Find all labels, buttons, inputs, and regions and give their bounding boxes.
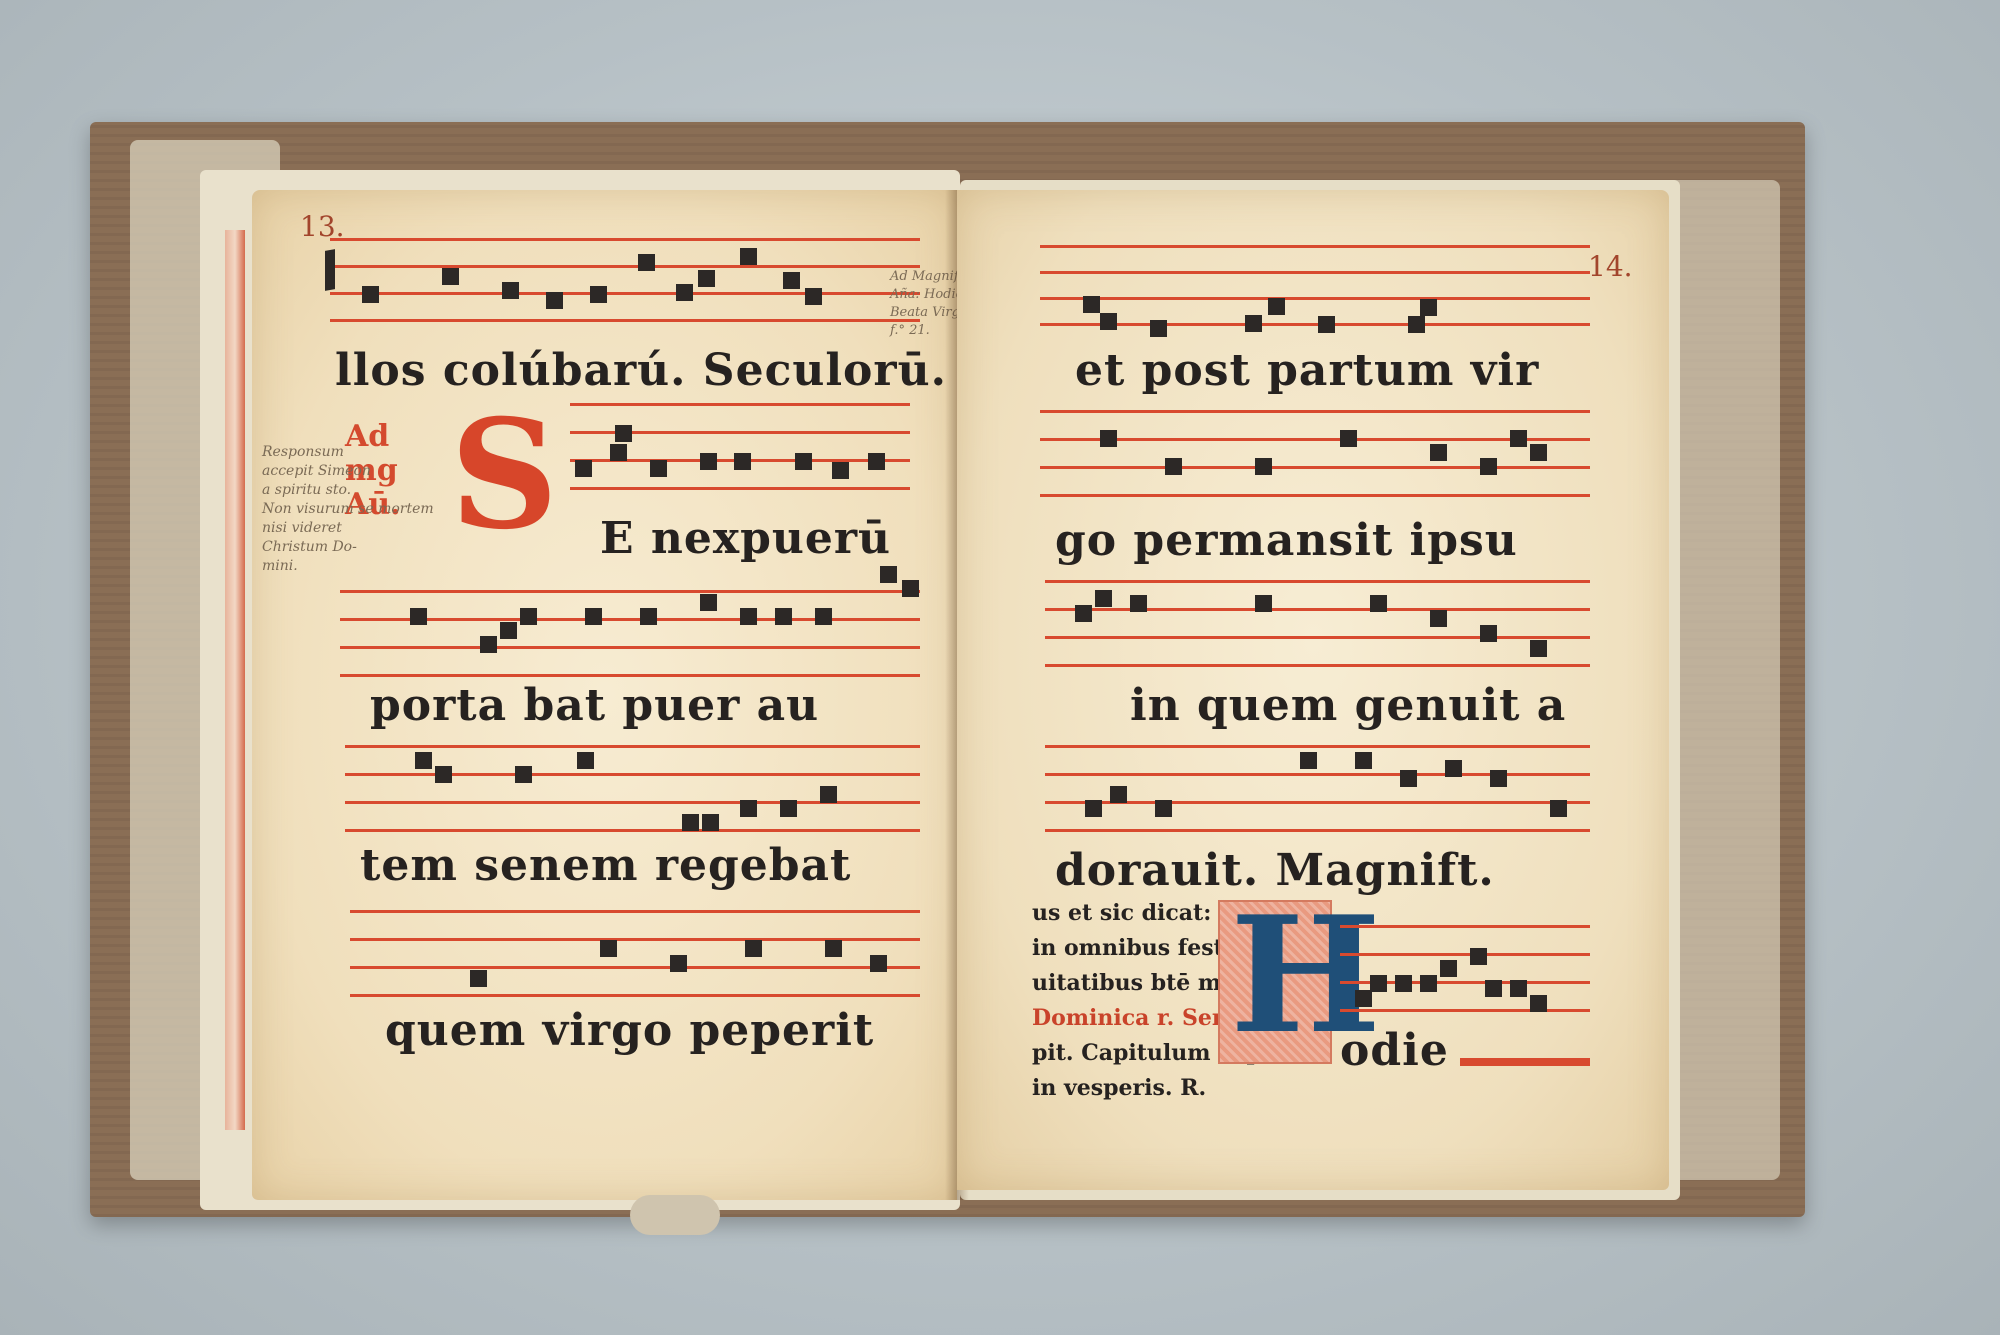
neume-note — [1075, 605, 1092, 622]
neume-note — [868, 453, 885, 470]
neume-note — [610, 444, 627, 461]
neume-note — [682, 814, 699, 831]
lyric-line-1-right: et post partum vir — [1075, 345, 1539, 396]
neume-note — [1430, 444, 1447, 461]
neume-note — [435, 766, 452, 783]
neume-note — [702, 814, 719, 831]
neume-note — [515, 766, 532, 783]
neume-note — [1355, 752, 1372, 769]
neume-note — [546, 292, 563, 309]
neume-note — [1480, 458, 1497, 475]
neume-note — [1100, 430, 1117, 447]
neume-note — [825, 940, 842, 957]
neume-note — [480, 636, 497, 653]
neume-note — [1420, 975, 1437, 992]
neume-note — [1530, 995, 1547, 1012]
neume-note — [650, 460, 667, 477]
clef-icon — [325, 249, 335, 291]
neume-note — [1445, 760, 1462, 777]
lyric-line-4-left: tem senem regebat — [360, 840, 851, 891]
neume-note — [1530, 640, 1547, 657]
neume-note — [362, 286, 379, 303]
neume-note — [740, 248, 757, 265]
neume-note — [775, 608, 792, 625]
neume-note — [1083, 296, 1100, 313]
neume-note — [805, 288, 822, 305]
margin-note-left: Responsum accepit Simeon a spiritu sto. … — [262, 443, 434, 576]
neume-note — [1440, 960, 1457, 977]
neume-note — [442, 268, 459, 285]
neume-note — [1085, 800, 1102, 817]
neume-note — [615, 425, 632, 442]
illuminated-initial-s: S — [450, 400, 558, 550]
neume-note — [577, 752, 594, 769]
neume-note — [745, 940, 762, 957]
neume-note — [1095, 590, 1112, 607]
neume-note — [410, 608, 427, 625]
neume-note — [1245, 315, 1262, 332]
neume-note — [1470, 948, 1487, 965]
neume-note — [832, 462, 849, 479]
neume-note — [1155, 800, 1172, 817]
neume-note — [700, 453, 717, 470]
neume-note — [590, 286, 607, 303]
neume-note — [585, 608, 602, 625]
lyric-line-1-left: llos colúbarú. Seculorū. — [335, 345, 947, 396]
lyric-line-2-right: go permansit ipsu — [1055, 515, 1518, 566]
neume-note — [1100, 313, 1117, 330]
neume-note — [1370, 975, 1387, 992]
neume-note — [575, 460, 592, 477]
neume-note — [1395, 975, 1412, 992]
neume-note — [1510, 980, 1527, 997]
neume-note — [1530, 444, 1547, 461]
binding-tie — [630, 1195, 720, 1235]
neume-note — [670, 955, 687, 972]
neume-note — [1340, 430, 1357, 447]
lyric-line-5-left: quem virgo peperit — [385, 1005, 874, 1056]
rubric-line-ending — [1460, 1058, 1590, 1066]
decorated-border-strip — [225, 230, 245, 1130]
neume-note — [1400, 770, 1417, 787]
neume-note — [815, 608, 832, 625]
neume-note — [700, 594, 717, 611]
lyric-line-3-right: in quem genuit a — [1130, 680, 1566, 731]
neume-note — [1268, 298, 1285, 315]
neume-note — [600, 940, 617, 957]
neume-note — [740, 608, 757, 625]
neume-note — [470, 970, 487, 987]
final-lyric-right: odie — [1340, 1025, 1449, 1076]
neume-note — [734, 453, 751, 470]
folio-number-right: 14. — [1588, 250, 1633, 283]
neume-note — [820, 786, 837, 803]
neume-note — [502, 282, 519, 299]
neume-note — [1300, 752, 1317, 769]
neume-note — [1480, 625, 1497, 642]
neume-note — [1150, 320, 1167, 337]
neume-note — [1165, 458, 1182, 475]
neume-note — [1255, 458, 1272, 475]
neume-note — [1408, 316, 1425, 333]
neume-note — [415, 752, 432, 769]
neume-note — [520, 608, 537, 625]
neume-note — [638, 254, 655, 271]
neume-note — [1255, 595, 1272, 612]
neume-note — [740, 800, 757, 817]
lyric-line-3-left: porta bat puer au — [370, 680, 819, 731]
neume-note — [783, 272, 800, 289]
lyric-line-2-left: E nexpuerū — [600, 513, 891, 564]
neume-note — [1110, 786, 1127, 803]
neume-note — [795, 453, 812, 470]
neume-note — [880, 566, 897, 583]
neume-note — [780, 800, 797, 817]
neume-note — [902, 580, 919, 597]
neume-note — [1130, 595, 1147, 612]
neume-note — [1318, 316, 1335, 333]
neume-note — [1510, 430, 1527, 447]
neume-note — [1485, 980, 1502, 997]
neume-note — [1420, 299, 1437, 316]
neume-note — [698, 270, 715, 287]
neume-note — [1370, 595, 1387, 612]
neume-note — [870, 955, 887, 972]
neume-note — [500, 622, 517, 639]
neume-note — [676, 284, 693, 301]
neume-note — [640, 608, 657, 625]
neume-note — [1490, 770, 1507, 787]
neume-note — [1550, 800, 1567, 817]
neume-note — [1430, 610, 1447, 627]
neume-note — [1355, 990, 1372, 1007]
